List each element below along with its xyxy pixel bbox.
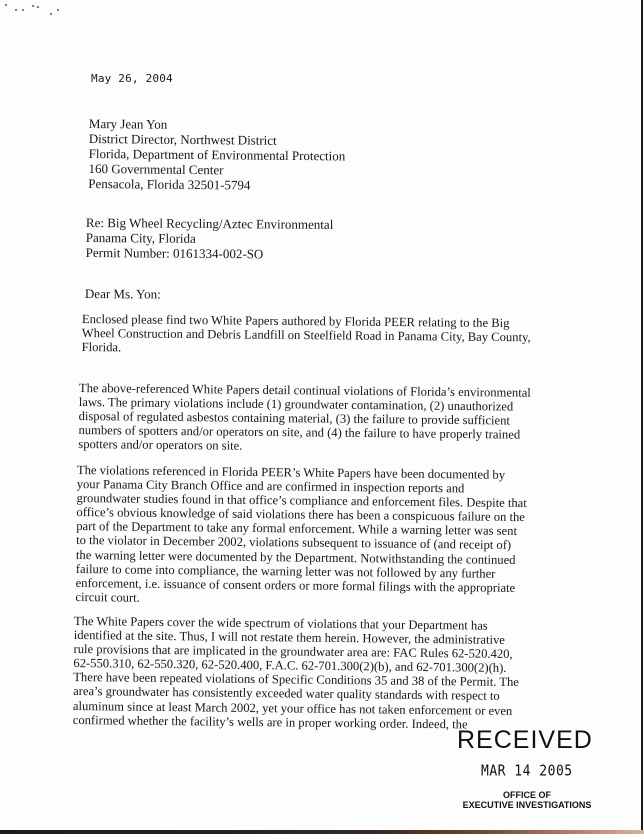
stamp-date: MAR 14 2005: [471, 763, 615, 780]
scan-bottom-edge: [0, 830, 644, 834]
stamp-office-line-1: OFFICE OF: [442, 790, 612, 800]
paragraph-1: Enclosed please find two White Papers au…: [82, 312, 531, 359]
stamp-title: RECEIVED: [457, 726, 615, 754]
scanned-letter-page: May 26, 2004 Mary Jean Yon District Dire…: [0, 0, 644, 834]
scan-right-edge: [641, 0, 643, 834]
subject-permit-number: Permit Number: 0161334-002-SO: [86, 245, 334, 262]
paragraph-3: The violations referenced in Florida PEE…: [75, 463, 527, 609]
stamp-office-line-2: EXECUTIVE INVESTIGATIONS: [442, 800, 612, 810]
letter-body: May 26, 2004 Mary Jean Yon District Dire…: [0, 0, 644, 834]
paragraph-2: The above-referenced White Papers detail…: [78, 381, 531, 456]
received-stamp: RECEIVED MAR 14 2005 OFFICE OF EXECUTIVE…: [455, 726, 615, 810]
subject-block: Re: Big Wheel Recycling/Aztec Environmen…: [86, 215, 334, 262]
recipient-address: Mary Jean Yon District Director, Northwe…: [88, 116, 345, 193]
recipient-city: Pensacola, Florida 32501-5794: [88, 176, 345, 193]
paragraph-4: The White Papers cover the wide spectrum…: [73, 614, 520, 732]
letter-date: May 26, 2004: [91, 72, 173, 85]
salutation: Dear Ms. Yon:: [85, 286, 161, 303]
stamp-office: OFFICE OF EXECUTIVE INVESTIGATIONS: [442, 790, 612, 810]
